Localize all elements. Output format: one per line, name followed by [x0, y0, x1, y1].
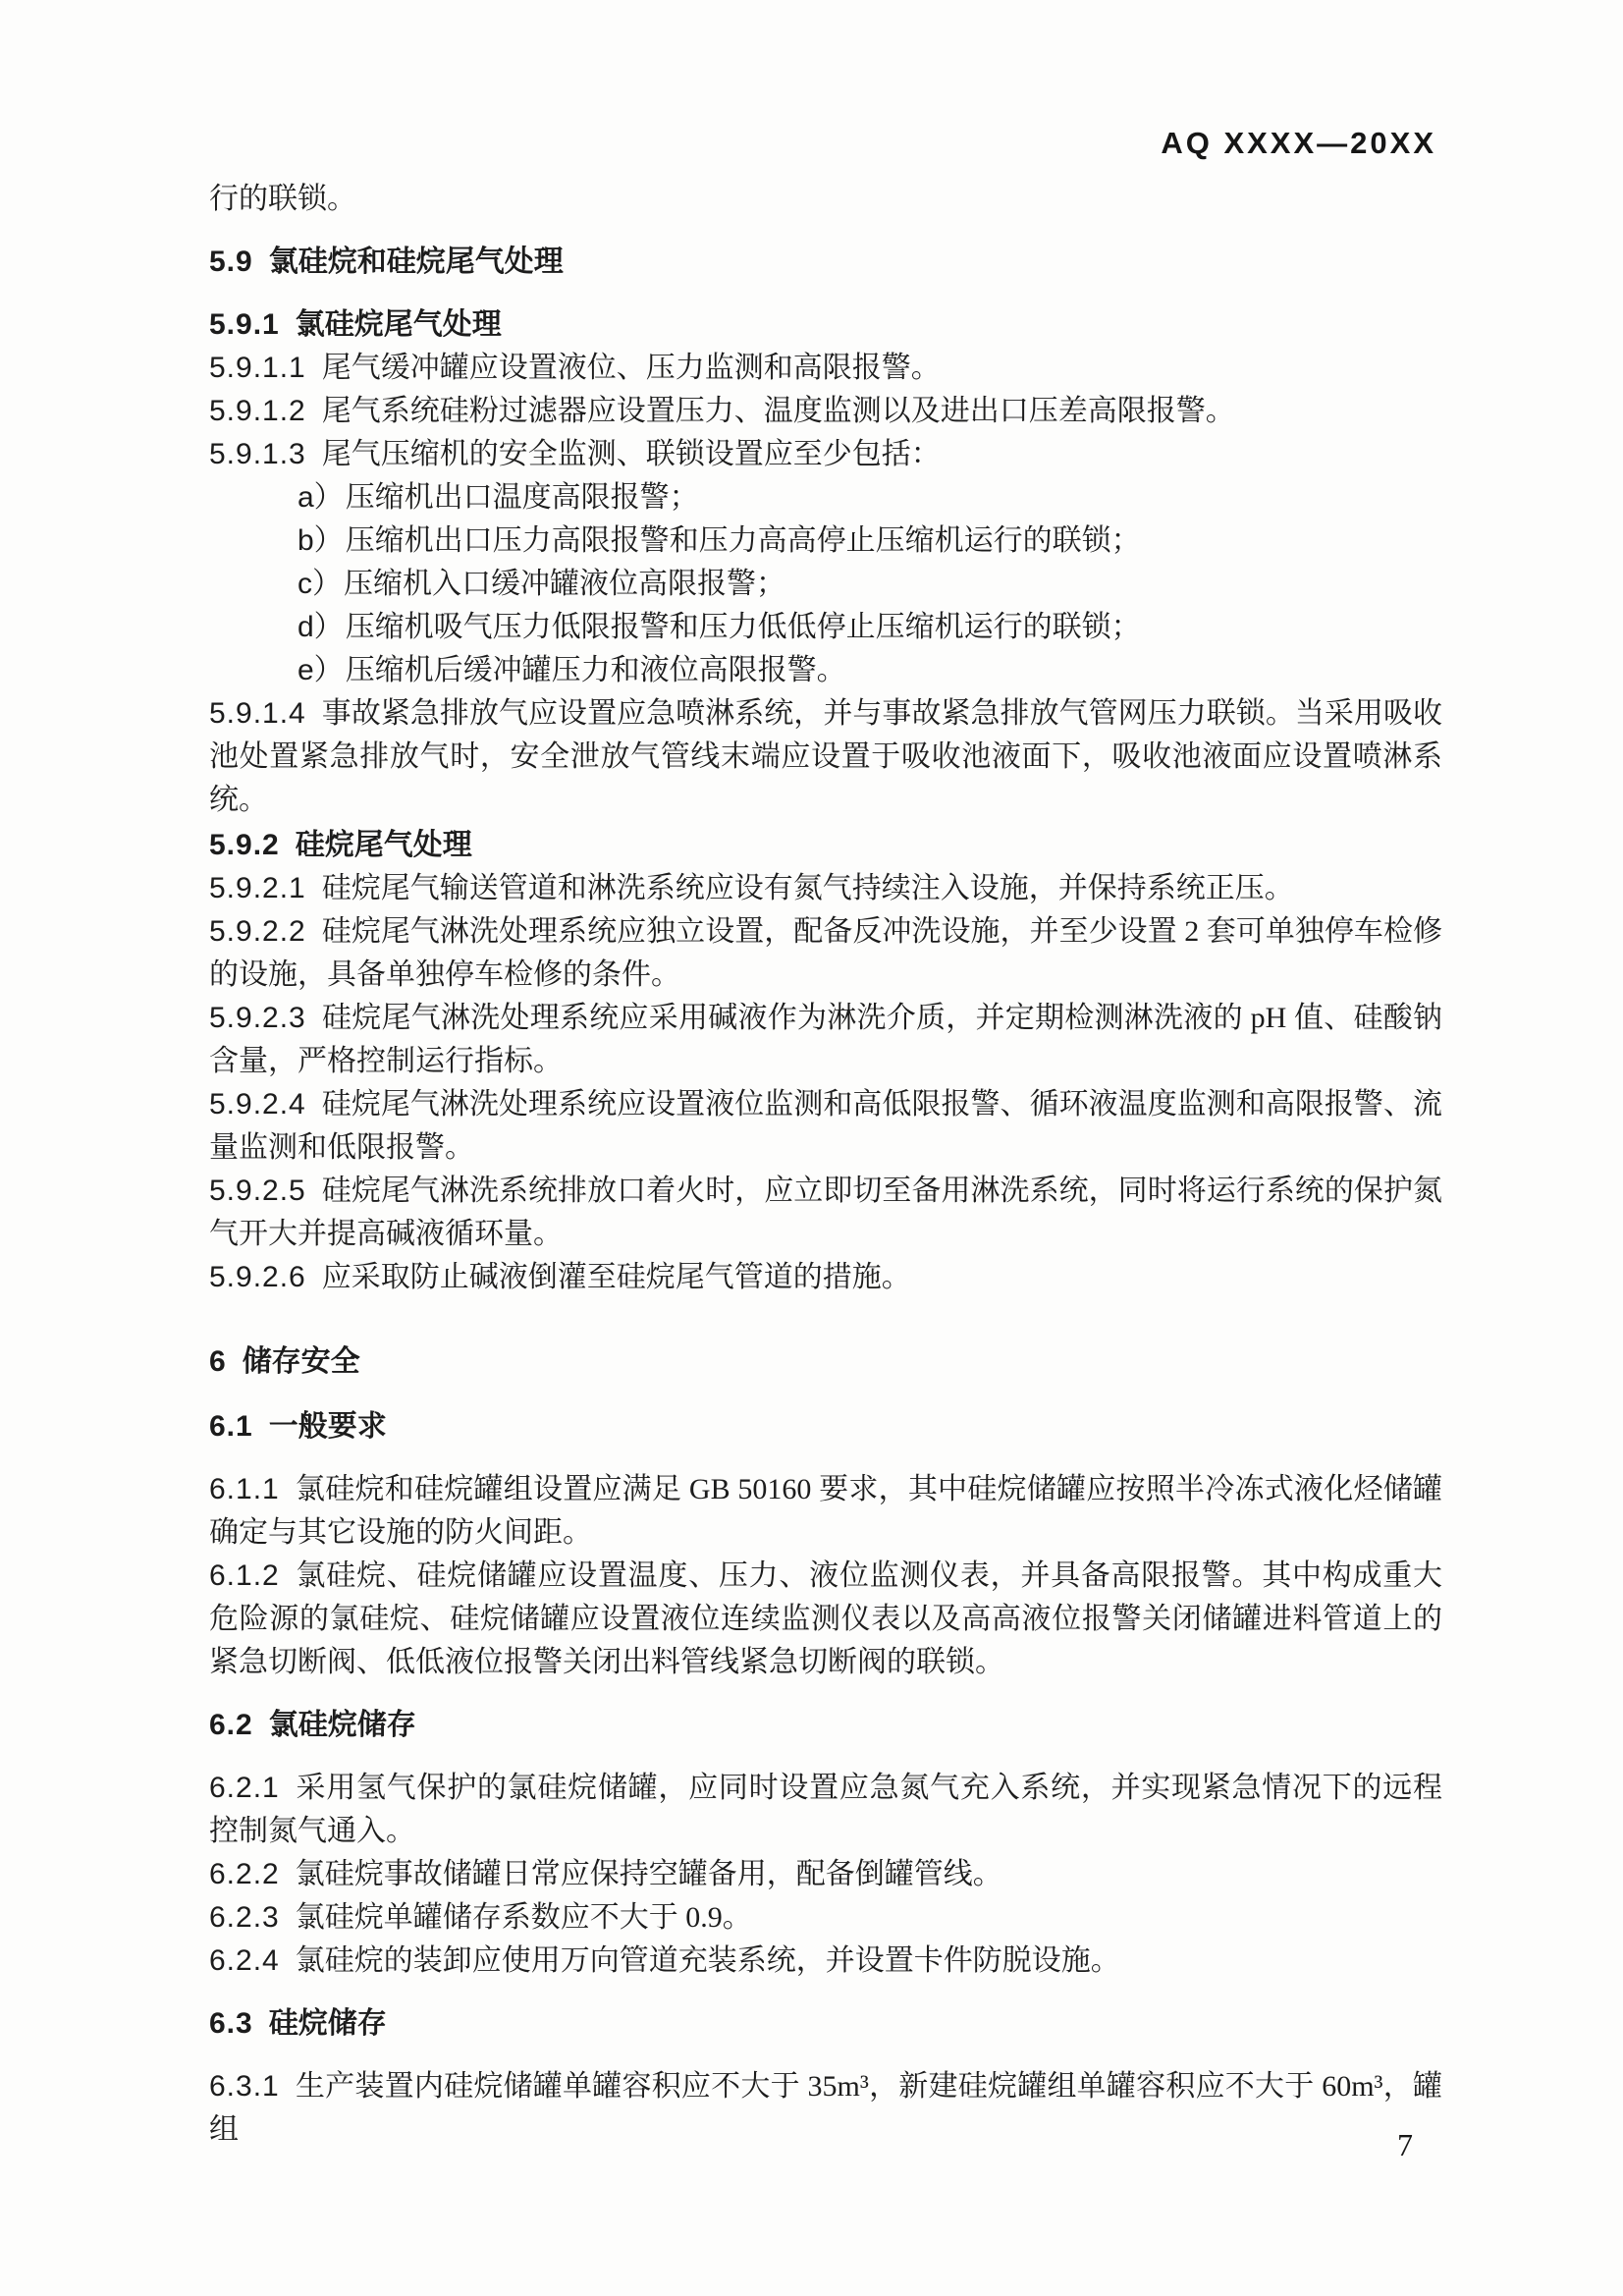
paragraph: 6.2.4氯硅烷的装卸应使用万向管道充装系统，并设置卡件防脱设施。	[209, 1940, 1442, 1983]
clause-text: 储存安全	[243, 1345, 360, 1378]
clause-text: 硅烷尾气淋洗处理系统应独立设置，配备反冲洗设施，并至少设置 2 套可单独停车检修…	[209, 915, 1442, 991]
paragraph: a）压缩机出口温度高限报警；	[209, 476, 1442, 519]
doc-footer: 7	[1397, 2127, 1413, 2163]
paragraph: 5.9.1.1尾气缓冲罐应设置液位、压力监测和高限报警。	[209, 347, 1442, 390]
document-page: AQ XXXX—20XX 行的联锁。5.9氯硅烷和硅烷尾气处理5.9.1氯硅烷尾…	[0, 0, 1623, 2296]
paragraph: 6.2.3氯硅烷单罐储存系数应不大于 0.9。	[209, 1896, 1442, 1940]
clause-text: 压缩机出口压力高限报警和压力高高停止压缩机运行的联锁；	[346, 524, 1141, 557]
paragraph: b）压缩机出口压力高限报警和压力高高停止压缩机运行的联锁；	[209, 519, 1442, 563]
clause-number: 6.1.2	[209, 1559, 280, 1592]
clause-text: 应采取防止碱液倒灌至硅烷尾气管道的措施。	[322, 1261, 911, 1293]
paragraph: 5.9.2.6应采取防止碱液倒灌至硅烷尾气管道的措施。	[209, 1256, 1442, 1299]
clause-text: 压缩机后缓冲罐压力和液位高限报警。	[346, 654, 846, 686]
clause-text: 硅烷尾气输送管道和淋洗系统应设有氮气持续注入设施，并保持系统正压。	[322, 872, 1294, 904]
clause-text: 压缩机出口温度高限报警；	[346, 481, 699, 514]
clause-number: 6.2.4	[209, 1944, 280, 1977]
clause-number: 5.9	[209, 246, 253, 278]
clause-number: d）	[298, 611, 344, 643]
paragraph: 6.1.2氯硅烷、硅烷储罐应设置温度、压力、液位监测仪表，并具备高限报警。其中构…	[209, 1555, 1442, 1684]
clause-number: c）	[298, 568, 342, 600]
doc-header: AQ XXXX—20XX	[1161, 126, 1436, 161]
paragraph: e）压缩机后缓冲罐压力和液位高限报警。	[209, 649, 1442, 692]
paragraph: 6.2.1采用氢气保护的氯硅烷储罐，应同时设置应急氮气充入系统，并实现紧急情况下…	[209, 1767, 1442, 1853]
paragraph: 6.1一般要求	[209, 1405, 1442, 1449]
clause-number: e）	[298, 654, 344, 686]
clause-text: 尾气系统硅粉过滤器应设置压力、温度监测以及进出口压差高限报警。	[322, 395, 1235, 427]
paragraph: 5.9.2.4硅烷尾气淋洗处理系统应设置液位监测和高低限报警、循环液温度监测和高…	[209, 1083, 1442, 1170]
doc-content: 行的联锁。5.9氯硅烷和硅烷尾气处理5.9.1氯硅烷尾气处理5.9.1.1尾气缓…	[209, 178, 1442, 2152]
paragraph: 5.9.2.2硅烷尾气淋洗处理系统应独立设置，配备反冲洗设施，并至少设置 2 套…	[209, 910, 1442, 997]
clause-text: 氯硅烷和硅烷罐组设置应满足 GB 50160 要求，其中硅烷储罐应按照半冷冻式液…	[209, 1473, 1442, 1549]
clause-number: 6.2.2	[209, 1858, 280, 1890]
paragraph: 5.9.1.2尾气系统硅粉过滤器应设置压力、温度监测以及进出口压差高限报警。	[209, 390, 1442, 433]
clause-text: 硅烷尾气淋洗处理系统应采用碱液作为淋洗介质，并定期检测淋洗液的 pH 值、硅酸钠…	[209, 1002, 1442, 1077]
paragraph: 6.3硅烷储存	[209, 2002, 1442, 2046]
clause-text: 一般要求	[269, 1410, 387, 1443]
paragraph: 6.2.2氯硅烷事故储罐日常应保持空罐备用，配备倒罐管线。	[209, 1853, 1442, 1896]
clause-text: 事故紧急排放气应设置应急喷淋系统，并与事故紧急排放气管网压力联锁。当采用吸收池处…	[209, 697, 1442, 816]
clause-number: 5.9.2.2	[209, 915, 306, 948]
paragraph: 行的联锁。	[209, 178, 1442, 221]
clause-text: 氯硅烷和硅烷尾气处理	[269, 246, 564, 278]
paragraph: 6.1.1氯硅烷和硅烷罐组设置应满足 GB 50160 要求，其中硅烷储罐应按照…	[209, 1468, 1442, 1555]
paragraph: 5.9.1氯硅烷尾气处理	[209, 303, 1442, 347]
paragraph: 5.9.1.3尾气压缩机的安全监测、联锁设置应至少包括：	[209, 433, 1442, 476]
clause-text: 采用氢气保护的氯硅烷储罐，应同时设置应急氮气充入系统，并实现紧急情况下的远程控制…	[209, 1772, 1442, 1847]
clause-text: 氯硅烷尾气处理	[296, 308, 502, 341]
clause-number: 5.9.2.5	[209, 1175, 306, 1207]
paragraph: 5.9.2硅烷尾气处理	[209, 824, 1442, 867]
clause-text: 氯硅烷储存	[269, 1709, 416, 1741]
paragraph: 5.9氯硅烷和硅烷尾气处理	[209, 241, 1442, 284]
clause-number: b）	[298, 524, 344, 557]
paragraph: 6.2氯硅烷储存	[209, 1704, 1442, 1747]
clause-text: 尾气压缩机的安全监测、联锁设置应至少包括：	[322, 438, 941, 470]
clause-number: 6.1.1	[209, 1473, 280, 1505]
clause-text: 硅烷尾气处理	[296, 829, 472, 861]
paragraph: 5.9.2.3硅烷尾气淋洗处理系统应采用碱液作为淋洗介质，并定期检测淋洗液的 p…	[209, 997, 1442, 1083]
clause-number: 5.9.2.1	[209, 872, 306, 904]
clause-number: 5.9.2.3	[209, 1002, 306, 1034]
clause-text: 压缩机吸气压力低限报警和压力低低停止压缩机运行的联锁；	[346, 611, 1141, 643]
paragraph: c）压缩机入口缓冲罐液位高限报警；	[209, 563, 1442, 606]
clause-text: 硅烷尾气淋洗系统排放口着火时，应立即切至备用淋洗系统，同时将运行系统的保护氮气开…	[209, 1175, 1442, 1250]
clause-number: 6.3.1	[209, 2070, 280, 2103]
clause-number: 6.2	[209, 1709, 253, 1741]
clause-number: 5.9.2.4	[209, 1088, 306, 1121]
clause-text: 氯硅烷、硅烷储罐应设置温度、压力、液位监测仪表，并具备高限报警。其中构成重大危险…	[209, 1559, 1442, 1678]
clause-number: 5.9.1.4	[209, 697, 306, 730]
clause-text: 行的联锁。	[209, 183, 356, 215]
clause-text: 硅烷尾气淋洗处理系统应设置液位监测和高低限报警、循环液温度监测和高限报警、流量监…	[209, 1088, 1442, 1164]
paragraph: 6.3.1生产装置内硅烷储罐单罐容积应不大于 35m³，新建硅烷罐组单罐容积应不…	[209, 2065, 1442, 2152]
clause-number: 6.3	[209, 2007, 253, 2040]
clause-text: 硅烷储存	[269, 2007, 387, 2040]
clause-text: 氯硅烷事故储罐日常应保持空罐备用，配备倒罐管线。	[296, 1858, 1002, 1890]
clause-number: 6.2.3	[209, 1901, 280, 1934]
clause-number: 5.9.2.6	[209, 1261, 306, 1293]
page-number: 7	[1397, 2127, 1413, 2162]
clause-number: 5.9.1.2	[209, 395, 306, 427]
clause-number: 6.1	[209, 1410, 253, 1443]
paragraph: 5.9.2.5硅烷尾气淋洗系统排放口着火时，应立即切至备用淋洗系统，同时将运行系…	[209, 1170, 1442, 1256]
clause-number: 6	[209, 1345, 227, 1378]
paragraph: 6储存安全	[209, 1340, 1442, 1384]
clause-number: a）	[298, 481, 344, 514]
doc-code: AQ XXXX—20XX	[1161, 126, 1436, 160]
clause-number: 5.9.2	[209, 829, 280, 861]
clause-text: 压缩机入口缓冲罐液位高限报警；	[344, 568, 785, 600]
clause-number: 6.2.1	[209, 1772, 280, 1804]
clause-text: 尾气缓冲罐应设置液位、压力监测和高限报警。	[322, 352, 941, 384]
clause-text: 氯硅烷单罐储存系数应不大于 0.9。	[296, 1901, 752, 1934]
paragraph: 5.9.1.4事故紧急排放气应设置应急喷淋系统，并与事故紧急排放气管网压力联锁。…	[209, 692, 1442, 822]
clause-text: 氯硅烷的装卸应使用万向管道充装系统，并设置卡件防脱设施。	[296, 1944, 1120, 1977]
paragraph: 5.9.2.1硅烷尾气输送管道和淋洗系统应设有氮气持续注入设施，并保持系统正压。	[209, 867, 1442, 910]
clause-text: 生产装置内硅烷储罐单罐容积应不大于 35m³，新建硅烷罐组单罐容积应不大于 60…	[209, 2070, 1442, 2146]
clause-number: 5.9.1	[209, 308, 280, 341]
paragraph: d）压缩机吸气压力低限报警和压力低低停止压缩机运行的联锁；	[209, 606, 1442, 649]
clause-number: 5.9.1.1	[209, 352, 306, 384]
clause-number: 5.9.1.3	[209, 438, 306, 470]
